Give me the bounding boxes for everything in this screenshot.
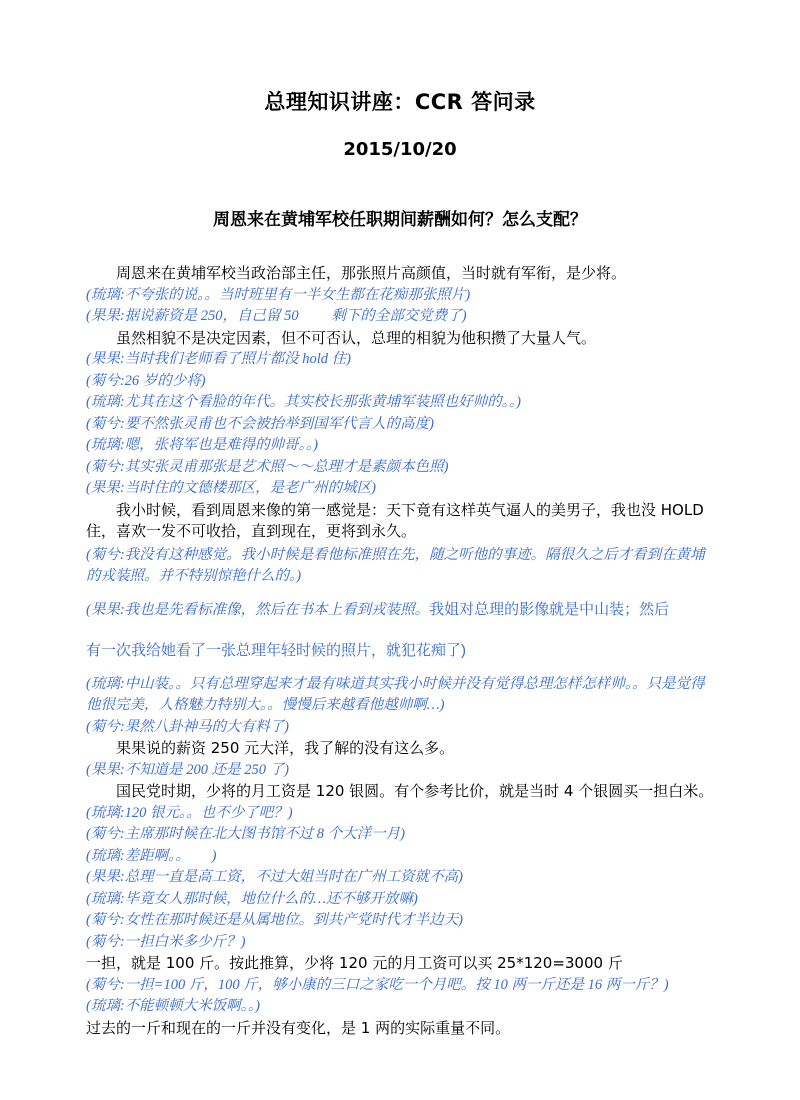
text-segment: (琉璃:中山装。。只有总理穿起来才最有味道其实我小时候并没有觉得总理怎样怎样帅。… — [86, 676, 705, 714]
text-segment: (琉璃:不能顿顿大米饭啊。。) — [86, 998, 260, 1014]
comment-paragraph: (菊兮:要不然张灵甫也不会被抬举到国军代言人的高度) — [86, 414, 714, 436]
text-segment: (菊兮:一担白米多少斤？) — [86, 934, 246, 950]
text-segment: (果果:我也是先看标准像，然后在书本上看到戎装照。 — [86, 602, 429, 618]
text-segment: (菊兮:其实张灵甫那张是艺术照～～总理才是素颜本色照) — [86, 459, 448, 475]
text-segment: 我姐对总理的影像就是中山装；然后 — [429, 601, 669, 618]
narration-paragraph: 过去的一斤和现在的一斤并没有变化，是 1 两的实际重量不同。 — [86, 1018, 714, 1040]
comment-paragraph: (琉璃:不夸张的说。。当时班里有一半女生都在花痴那张照片) — [86, 285, 714, 307]
narration-paragraph: 果果说的薪资 250 元大洋，我了解的没有这么多。 — [86, 738, 714, 760]
comment-paragraph: (琉璃:中山装。。只有总理穿起来才最有味道其实我小时候并没有觉得总理怎样怎样帅。… — [86, 674, 714, 717]
text-segment: (菊兮:我没有这种感觉。我小时候是看他标准照在先，随之听他的事迹。隔很久之后才看… — [86, 547, 705, 585]
document-title: 总理知识讲座：CCR 答问录 — [86, 88, 714, 116]
text-segment: (琉璃:毕竟女人那时候，地位什么的…还不够开放嘛) — [86, 891, 418, 907]
text-segment: 过去的一斤和现在的一斤并没有变化，是 1 两的实际重量不同。 — [86, 1019, 510, 1037]
comment-paragraph: (菊兮:主席那时候在北大图书馆不过 8 个大洋一月) — [86, 824, 714, 846]
comment-paragraph: (菊兮:一担白米多少斤？) — [86, 932, 714, 954]
text-segment: (菊兮:女性在那时候还是从属地位。到共产党时代才半边天) — [86, 912, 463, 928]
narration-paragraph: 一担，就是 100 斤。按此推算，少将 120 元的月工资可以买 25*120=… — [86, 953, 714, 975]
comment-paragraph: (果果:当时我们老师看了照片都没 hold 住) — [86, 349, 714, 371]
document-page: 总理知识讲座：CCR 答问录 2015/10/20 周恩来在黄埔军校任职期间薪酬… — [0, 0, 800, 1100]
text-segment: (果果:当时我们老师看了照片都没 hold 住) — [86, 351, 351, 367]
text-segment: (琉璃:嗯，张将军也是难得的帅哥。。) — [86, 437, 318, 453]
text-segment: (菊兮:果然八卦神马的大有料了) — [86, 719, 289, 735]
comment-paragraph: 有一次我给她看了一张总理年轻时候的照片，就犯花痴了) — [86, 640, 714, 663]
comment-paragraph: (菊兮:其实张灵甫那张是艺术照～～总理才是素颜本色照) — [86, 457, 714, 479]
comment-paragraph: (琉璃:毕竟女人那时候，地位什么的…还不够开放嘛) — [86, 889, 714, 911]
comment-paragraph: (琉璃:嗯，张将军也是难得的帅哥。。) — [86, 435, 714, 457]
comment-paragraph: (果果:我也是先看标准像，然后在书本上看到戎装照。我姐对总理的影像就是中山装；然… — [86, 599, 714, 622]
narration-paragraph: 虽然相貌不是决定因素，但不可否认，总理的相貌为他积攒了大量人气。 — [86, 328, 714, 350]
comment-paragraph: (菊兮:26 岁的少将) — [86, 371, 714, 393]
text-segment: (果果:当时住的文德楼那区，是老广州的城区) — [86, 480, 376, 496]
narration-paragraph: 国民党时期，少将的月工资是 120 银圆。有个参考比价，就是当时 4 个银圆买一… — [86, 781, 714, 803]
narration-paragraph: 我小时候，看到周恩来像的第一感觉是：天下竟有这样英气逼人的美男子，我也没 HOL… — [86, 500, 714, 543]
text-segment: (琉璃:120 银元。。也不少了吧？) — [86, 805, 293, 821]
text-segment: 果果说的薪资 250 元大洋，我了解的没有这么多。 — [116, 739, 454, 757]
comment-paragraph: (果果:总理一直是高工资，不过大姐当时在广州工资就不高) — [86, 867, 714, 889]
comment-paragraph: (果果:当时住的文德楼那区，是老广州的城区) — [86, 478, 714, 500]
document-body: 周恩来在黄埔军校当政治部主任，那张照片高颜值，当时就有军衔，是少将。(琉璃:不夸… — [86, 263, 714, 1039]
text-segment: (果果:不知道是 200 还是 250 了) — [86, 762, 289, 778]
text-segment: 虽然相貌不是决定因素，但不可否认，总理的相貌为他积攒了大量人气。 — [116, 329, 596, 347]
text-segment: (果果:据说薪资是 250，自己留 50 剩下的全部交党费了) — [86, 308, 467, 324]
text-segment: 一担，就是 100 斤。按此推算，少将 120 元的月工资可以买 25*120=… — [86, 954, 623, 972]
comment-paragraph: (果果:据说薪资是 250，自己留 50 剩下的全部交党费了) — [86, 306, 714, 328]
text-segment: (果果:总理一直是高工资，不过大姐当时在广州工资就不高) — [86, 869, 463, 885]
comment-paragraph: (菊兮:女性在那时候还是从属地位。到共产党时代才半边天) — [86, 910, 714, 932]
comment-paragraph: (菊兮:一担=100 斤，100 斤，够小康的三口之家吃一个月吧。按 10 两一… — [86, 975, 714, 997]
comment-paragraph: (菊兮:果然八卦神马的大有料了) — [86, 717, 714, 739]
narration-paragraph: 周恩来在黄埔军校当政治部主任，那张照片高颜值，当时就有军衔，是少将。 — [86, 263, 714, 285]
text-segment: (菊兮:26 岁的少将) — [86, 373, 206, 389]
comment-paragraph: (琉璃:差距啊。。 ) — [86, 846, 714, 868]
text-segment: (菊兮:一担=100 斤，100 斤，够小康的三口之家吃一个月吧。按 10 两一… — [86, 977, 669, 993]
comment-paragraph: (琉璃:尤其在这个看脸的年代。其实校长那张黄埔军装照也好帅的。。) — [86, 392, 714, 414]
text-segment: 我小时候，看到周恩来像的第一感觉是：天下竟有这样英气逼人的美男子，我也没 HOL… — [86, 501, 709, 541]
text-segment: (菊兮:主席那时候在北大图书馆不过 8 个大洋一月) — [86, 826, 405, 842]
text-segment: (琉璃:差距啊。。 ) — [86, 848, 217, 864]
document-date: 2015/10/20 — [86, 138, 714, 162]
text-segment: 国民党时期，少将的月工资是 120 银圆。有个参考比价，就是当时 4 个银圆买一… — [116, 782, 713, 800]
comment-paragraph: (琉璃:120 银元。。也不少了吧？) — [86, 803, 714, 825]
comment-paragraph: (琉璃:不能顿顿大米饭啊。。) — [86, 996, 714, 1018]
text-segment: (琉璃:尤其在这个看脸的年代。其实校长那张黄埔军装照也好帅的。。) — [86, 394, 521, 410]
text-segment: (琉璃:不夸张的说。。当时班里有一半女生都在花痴那张照片) — [86, 287, 470, 303]
text-segment: 周恩来在黄埔军校当政治部主任，那张照片高颜值，当时就有军衔，是少将。 — [116, 264, 626, 282]
comment-paragraph: (果果:不知道是 200 还是 250 了) — [86, 760, 714, 782]
text-segment: 有一次我给她看了一张总理年轻时候的照片，就犯花痴了) — [86, 642, 466, 659]
text-segment: (菊兮:要不然张灵甫也不会被抬举到国军代言人的高度) — [86, 416, 434, 432]
comment-paragraph: (菊兮:我没有这种感觉。我小时候是看他标准照在先，随之听他的事迹。隔很久之后才看… — [86, 545, 714, 588]
section-heading: 周恩来在黄埔军校任职期间薪酬如何？怎么支配？ — [86, 208, 714, 232]
